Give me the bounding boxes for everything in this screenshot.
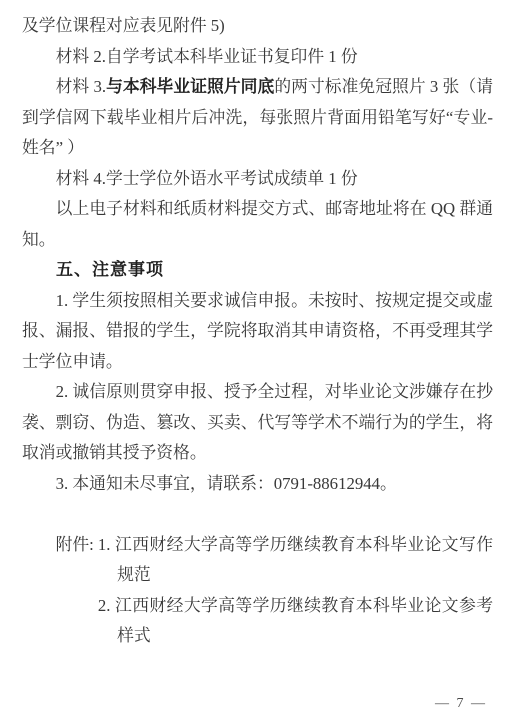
paragraph-material-3: 材料 3.与本科毕业证照片同底的两寸标准免冠照片 3 张（请到学信网下载毕业相片… (22, 72, 493, 164)
material-3-prefix: 材料 3. (56, 77, 106, 96)
paragraph-note-1: 1. 学生须按照相关要求诚信申报。未按时、按规定提交或虚报、漏报、错报的学生，学… (22, 286, 493, 378)
attachments-label: 附件: (56, 530, 94, 561)
document-page: 及学位课程对应表见附件 5) 材料 2.自学考试本科毕业证书复印件 1 份 材料… (0, 0, 515, 725)
page-number: — 7 — (435, 696, 487, 712)
paragraph-note-2: 2. 诚信原则贯穿申报、授予全过程，对毕业论文涉嫌存在抄袭、剽窃、伪造、篡改、买… (22, 377, 493, 469)
section-heading-notes: 五、注意事项 (22, 255, 493, 286)
attachments-block: 附件: 1. 江西财经大学高等学历继续教育本科毕业论文写作规范 2. 江西财经大… (22, 530, 493, 652)
paragraph-degree-course-table: 及学位课程对应表见附件 5) (22, 11, 493, 42)
material-3-bold-text: 与本科毕业证照片同底 (106, 77, 274, 96)
document-body: 及学位课程对应表见附件 5) 材料 2.自学考试本科毕业证书复印件 1 份 材料… (0, 0, 515, 652)
attachments-list: 1. 江西财经大学高等学历继续教育本科毕业论文写作规范 2. 江西财经大学高等学… (98, 530, 493, 652)
attachment-item-1: 1. 江西财经大学高等学历继续教育本科毕业论文写作规范 (98, 530, 493, 591)
paragraph-note-3: 3. 本通知未尽事宜，请联系：0791-88612944。 (22, 469, 493, 500)
paragraph-material-2: 材料 2.自学考试本科毕业证书复印件 1 份 (22, 42, 493, 73)
attachment-item-2: 2. 江西财经大学高等学历继续教育本科毕业论文参考样式 (98, 591, 493, 652)
paragraph-submission-note: 以上电子材料和纸质材料提交方式、邮寄地址将在 QQ 群通知。 (22, 194, 493, 255)
paragraph-material-4: 材料 4.学士学位外语水平考试成绩单 1 份 (22, 164, 493, 195)
